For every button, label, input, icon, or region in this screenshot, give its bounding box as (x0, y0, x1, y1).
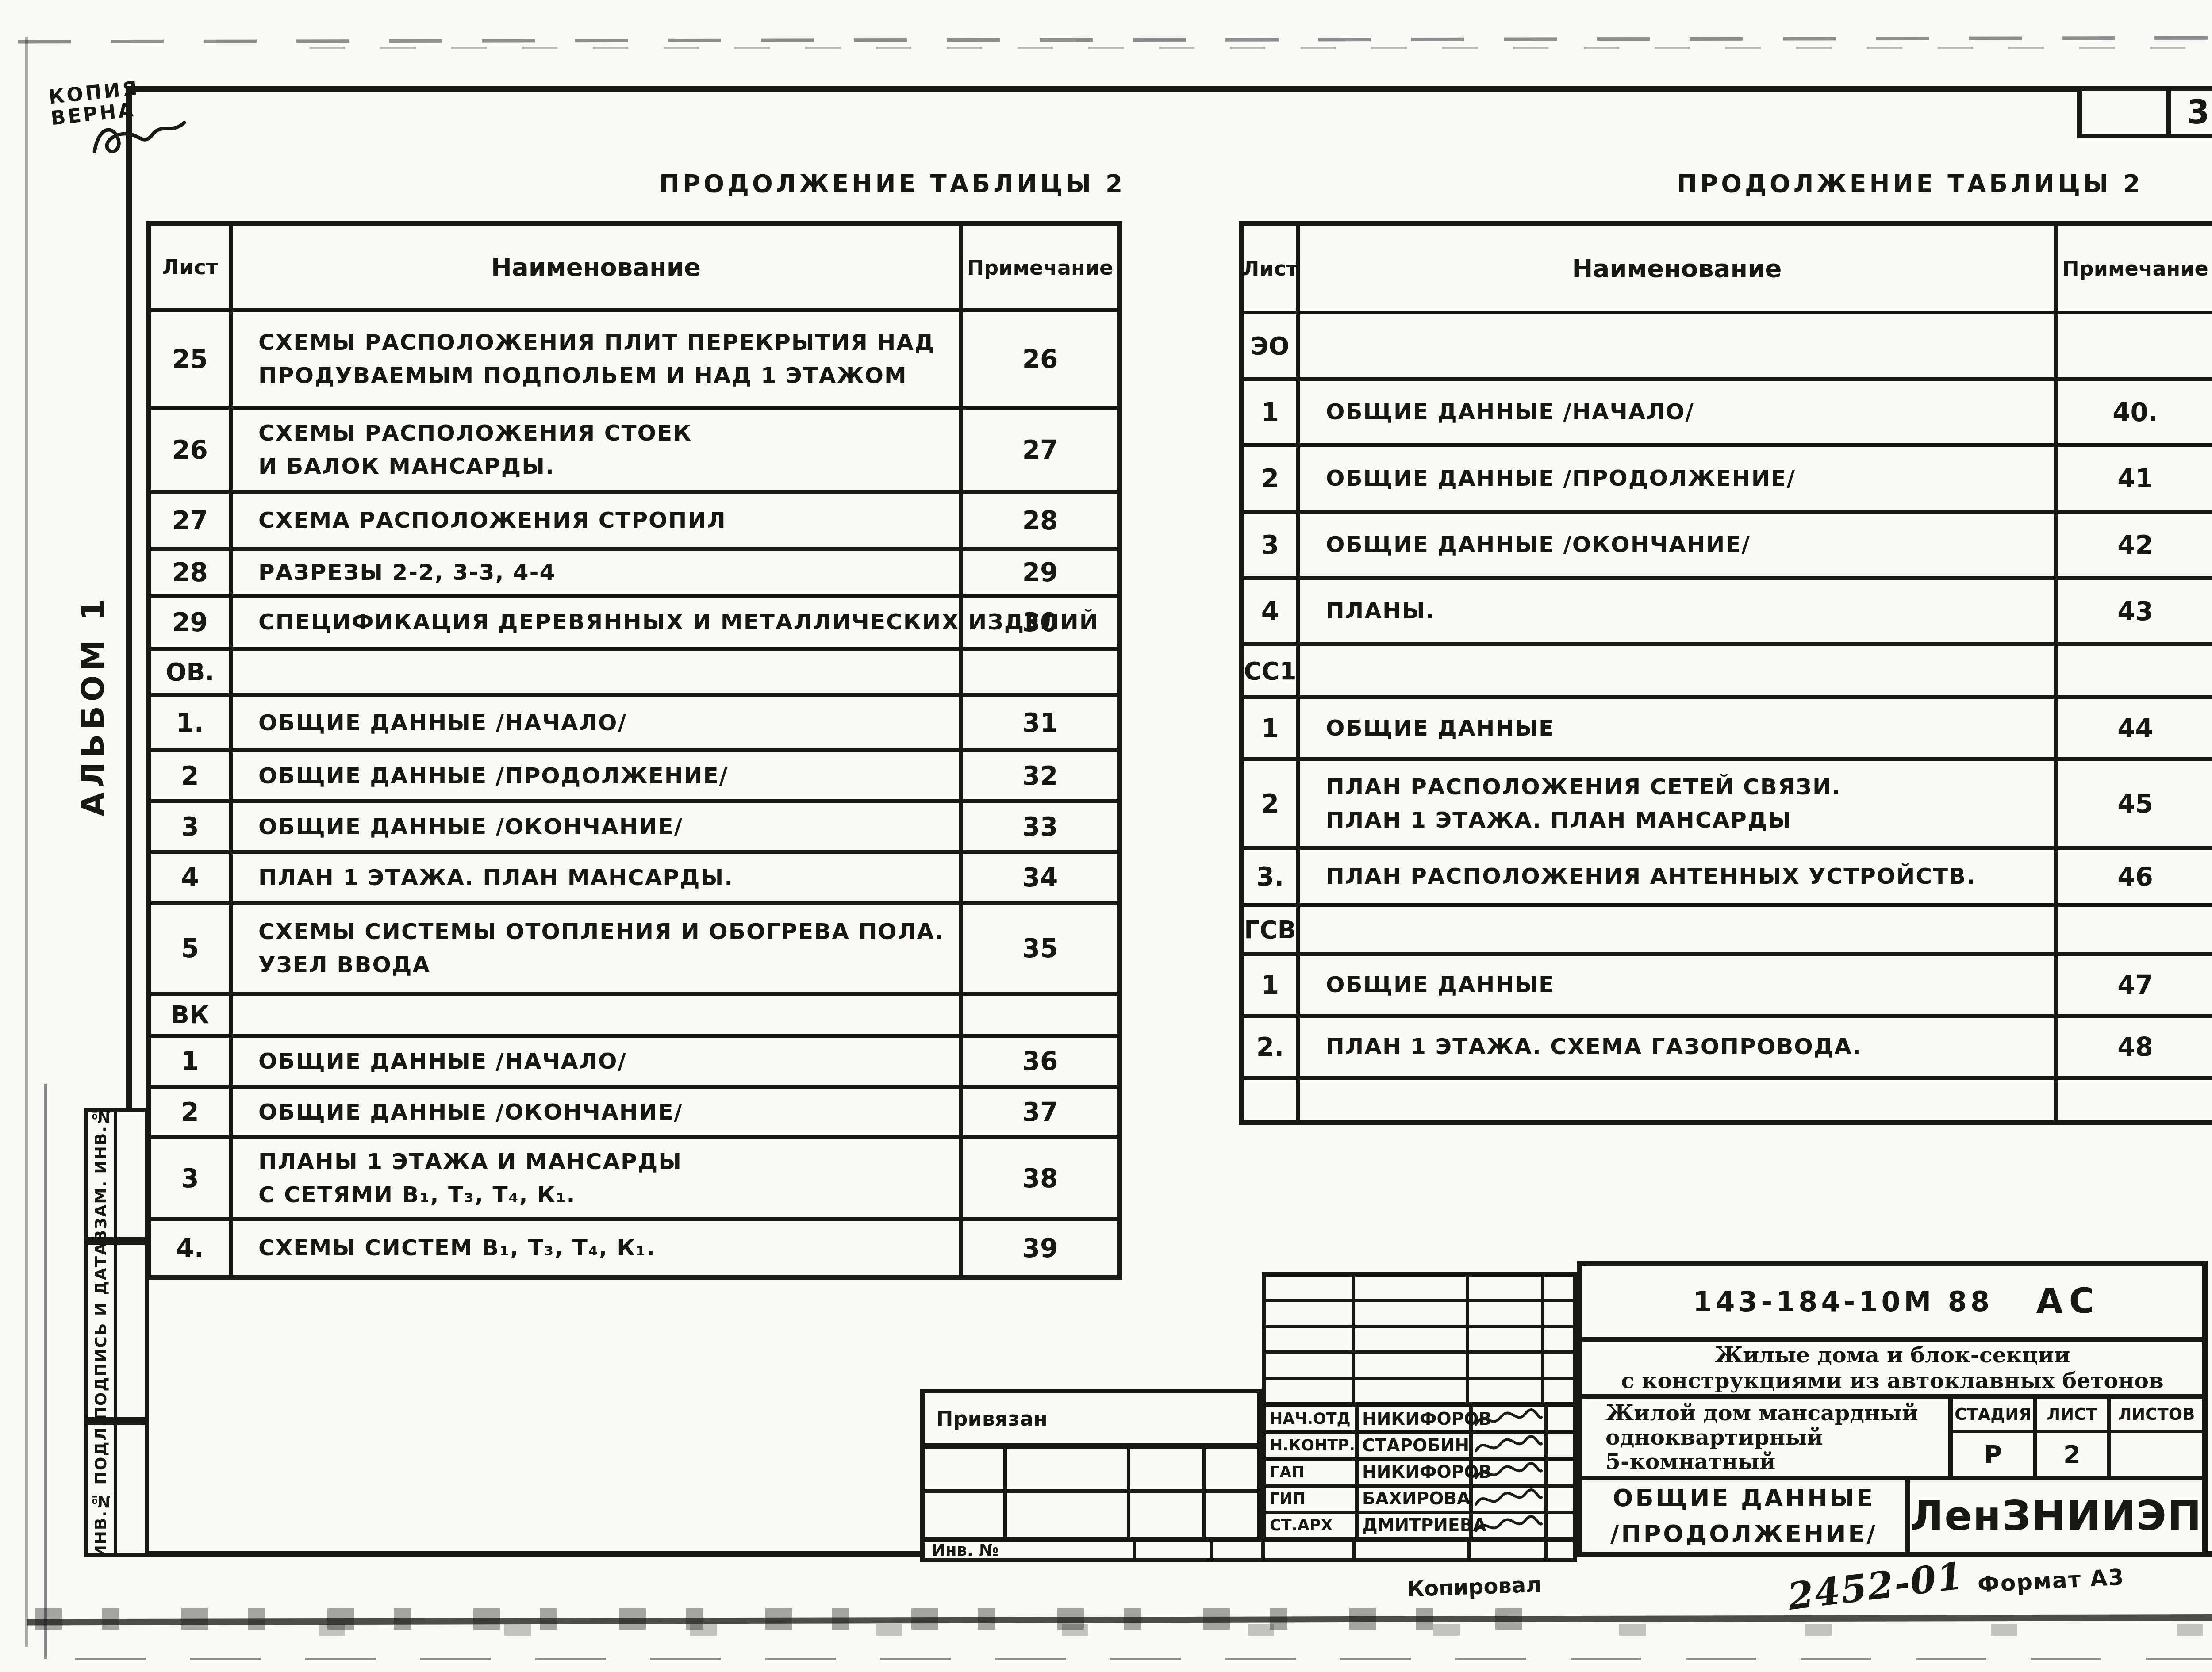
sheet-index-table-left: ЛистНаименованиеПримечание25СХЕМЫ РАСПОЛ… (146, 221, 1122, 1280)
table-row: 2ОБЩИЕ ДАННЫЕ /ОКОНЧАНИЕ/37 (151, 1085, 1117, 1135)
table-row: 29СПЕЦИФИКАЦИЯ ДЕРЕВЯННЫХ И МЕТАЛЛИЧЕСКИ… (151, 594, 1117, 647)
sheet-title-line2: /ПРОДОЛЖЕНИЕ/ (1610, 1516, 1878, 1552)
entry-name-line: ПРОДУВАЕМЫМ ПОДПОЛЬЕМ И НАД 1 ЭТАЖОМ (258, 359, 907, 392)
table-row: 3ПЛАНЫ 1 ЭТАЖА И МАНСАРДЫС СЕТЯМИ В₁, Т₃… (151, 1135, 1117, 1217)
titleblock-signature-rows: НАЧ.ОТДНИКИФОРОВН.КОНТР.СТАРОБИНГАПНИКИФ… (1262, 1403, 1577, 1542)
stage-values-row: Р 2 (1953, 1430, 2202, 1476)
cell-sheet-number: ЭО (1244, 314, 1296, 377)
entry-name-line: СХЕМА РАСПОЛОЖЕНИЯ СТРОПИЛ (258, 504, 726, 537)
table-header-row: ЛистНаименованиеПримечание (1244, 226, 2212, 311)
table-row: 2ПЛАН РАСПОЛОЖЕНИЯ СЕТЕЙ СВЯЗИ.ПЛАН 1 ЭТ… (1244, 757, 2212, 846)
table-row (1244, 1076, 2212, 1120)
entry-name-line: ОБЩИЕ ДАННЫЕ /НАЧАЛО/ (1326, 395, 1694, 429)
cell-sheet-number: 2 (1244, 447, 1296, 510)
signature-cell (1469, 1407, 1544, 1430)
column-header-sheet: Лист (151, 226, 229, 308)
cell-note-number (959, 996, 1117, 1034)
table-row: 1ОБЩИЕ ДАННЫЕ /НАЧАЛО/40. (1244, 377, 2212, 443)
column-header-name: Наименование (229, 226, 959, 308)
cell-note-number: 26 (959, 312, 1117, 406)
cell-note-number (2054, 1080, 2212, 1120)
column-header-note: Примечание (959, 226, 1117, 308)
entry-name-line: СХЕМЫ СИСТЕМЫ ОТОПЛЕНИЯ И ОБОГРЕВА ПОЛА. (258, 915, 944, 948)
cell-note-number: 46 (2054, 850, 2212, 903)
signature-row: СТ.АРХДМИТРИЕВА (1266, 1511, 1573, 1537)
grid-cell (1266, 1380, 1355, 1402)
cell-sheet-number: 27 (151, 494, 229, 547)
grid-cell (1355, 1380, 1469, 1402)
cell-entry-name (1296, 646, 2054, 695)
cell-note-number (2054, 646, 2212, 695)
object-title-line2: одноквартирный (1605, 1425, 1948, 1450)
signature-extra-cell (1544, 1514, 1573, 1537)
grid-cell (1469, 1380, 1544, 1402)
table-row: 25СХЕМЫ РАСПОЛОЖЕНИЯ ПЛИТ ПЕРЕКРЫТИЯ НАД… (151, 308, 1117, 406)
grid-cell (1469, 1354, 1544, 1380)
sidebar-box-empty-cell (117, 1425, 145, 1553)
sidebar-box-label: ИНВ.№ ПОДЛ. (92, 1420, 110, 1558)
signature-name: СТАРОБИН (1355, 1434, 1469, 1457)
signature-role: НАЧ.ОТД (1266, 1407, 1355, 1430)
entry-name-line: ОБЩИЕ ДАННЫЕ /НАЧАЛО/ (258, 1045, 627, 1078)
cell-sheet-number: 2 (151, 1089, 229, 1135)
table-row: 1ОБЩИЕ ДАННЫЕ47 (1244, 952, 2212, 1014)
sheet-title-cell: ОБЩИЕ ДАННЫЕ /ПРОДОЛЖЕНИЕ/ (1582, 1480, 1905, 1552)
cell-sheet-number: 1. (151, 697, 229, 748)
signature-scribble (1473, 1514, 1544, 1537)
page-number: 3 (2187, 93, 2210, 131)
entry-name-line: ПЛАН РАСПОЛОЖЕНИЯ АНТЕННЫХ УСТРОЙСТВ. (1326, 860, 1976, 893)
entry-name-line: ОБЩИЕ ДАННЫЕ (1326, 712, 1555, 745)
entry-name-line: ОБЩИЕ ДАННЫЕ /ОКОНЧАНИЕ/ (258, 1096, 683, 1129)
cell-note-number: 43 (2054, 580, 2212, 642)
entry-name-line: ОБЩИЕ ДАННЫЕ /НАЧАЛО/ (258, 706, 627, 740)
table-row: 1ОБЩИЕ ДАННЫЕ44 (1244, 695, 2212, 757)
signature-extra-cell (1544, 1407, 1573, 1430)
table-row: 3ОБЩИЕ ДАННЫЕ /ОКОНЧАНИЕ/42 (1244, 510, 2212, 576)
signature-name: НИКИФОРОВ (1355, 1461, 1469, 1484)
grid-cell (1355, 1302, 1469, 1328)
scan-artifact-fold-smudges (35, 1608, 1540, 1630)
cell-note-number: 42 (2054, 514, 2212, 576)
inventory-grid-cell (1467, 1542, 1544, 1558)
cell-note-number: 30 (959, 598, 1117, 647)
entry-name-line: ПЛАН 1 ЭТАЖА. ПЛАН МАНСАРДЫ. (258, 861, 733, 894)
cell-entry-name (1296, 1080, 2054, 1120)
signature-cell (1469, 1514, 1544, 1537)
table-row: 2.ПЛАН 1 ЭТАЖА. СХЕМА ГАЗОПРОВОДА.48 (1244, 1014, 2212, 1076)
object-title-line1: Жилой дом мансардный (1605, 1401, 1948, 1425)
titleblock-code-row: 143-184-10М 88 АС (1582, 1266, 2202, 1337)
stage-value: Р (1953, 1433, 2033, 1476)
signature-scribble (1473, 1434, 1544, 1457)
signature-role: ГАП (1266, 1461, 1355, 1484)
signature-name: БАХИРОВА (1355, 1488, 1469, 1511)
sheet-index-table-right: ЛистНаименованиеПримечаниеЭО1ОБЩИЕ ДАННЫ… (1239, 221, 2212, 1125)
cell-sheet-number: 1 (1244, 699, 1296, 757)
cell-entry-name: СХЕМА РАСПОЛОЖЕНИЯ СТРОПИЛ (229, 494, 959, 547)
scan-artifact-left-edge (25, 37, 28, 1647)
table-row: 5СХЕМЫ СИСТЕМЫ ОТОПЛЕНИЯ И ОБОГРЕВА ПОЛА… (151, 901, 1117, 992)
object-title-cell: Жилой дом мансардный одноквартирный 5-ко… (1582, 1399, 1948, 1476)
series-title-line2: с конструкциями из автоклавных бетонов (1621, 1368, 2164, 1394)
cell-entry-name (229, 996, 959, 1034)
cell-note-number: 38 (959, 1139, 1117, 1217)
document-number-handwritten: 2452-01 (1785, 1553, 1966, 1618)
entry-name-line: УЗЕЛ ВВОДА (258, 948, 430, 982)
signature-row: ГИПБАХИРОВА (1266, 1484, 1573, 1511)
grid-cell (1355, 1328, 1469, 1354)
signature-row: Н.КОНТР.СТАРОБИН (1266, 1430, 1573, 1457)
sidebar-box-label: ПОДПИСЬ И ДАТА (92, 1242, 110, 1420)
cell-note-number (2054, 907, 2212, 952)
cell-note-number: 33 (959, 803, 1117, 850)
table-row: 26СХЕМЫ РАСПОЛОЖЕНИЯ СТОЕКИ БАЛОК МАНСАР… (151, 406, 1117, 490)
series-title-cell: Жилые дома и блок-секции с конструкциями… (1582, 1337, 2202, 1395)
sidebar-box-empty-cell (117, 1245, 145, 1417)
signature-extra-cell (1544, 1461, 1573, 1484)
entry-name-line: ПЛАНЫ 1 ЭТАЖА И МАНСАРДЫ (258, 1145, 682, 1178)
cell-entry-name: СХЕМЫ РАСПОЛОЖЕНИЯ ПЛИТ ПЕРЕКРЫТИЯ НАДПР… (229, 312, 959, 406)
signature-role: СТ.АРХ (1266, 1514, 1355, 1537)
cell-sheet-number: 26 (151, 410, 229, 490)
cell-sheet-number: ОВ. (151, 651, 229, 693)
grid-cell (1355, 1354, 1469, 1380)
entry-name-line: ПЛАН 1 ЭТАЖА. СХЕМА ГАЗОПРОВОДА. (1326, 1030, 1862, 1063)
cell-entry-name: ОБЩИЕ ДАННЫЕ /ОКОНЧАНИЕ/ (1296, 514, 2054, 576)
object-and-stage-row: Жилой дом мансардный одноквартирный 5-ко… (1582, 1394, 2202, 1476)
grid-cell (1544, 1328, 1573, 1354)
scan-artifact-fold-band (27, 1614, 2212, 1626)
sheets-value (2107, 1433, 2202, 1476)
cell-note-number: 34 (959, 854, 1117, 901)
cell-sheet-number: 2 (151, 752, 229, 799)
signature-name: НИКИФОРОВ (1355, 1407, 1469, 1430)
cell-entry-name: ПЛАНЫ 1 ЭТАЖА И МАНСАРДЫС СЕТЯМИ В₁, Т₃,… (229, 1139, 959, 1217)
cell-sheet-number: 1 (1244, 956, 1296, 1014)
cell-entry-name: ОБЩИЕ ДАННЫЕ /ОКОНЧАНИЕ/ (229, 803, 959, 850)
table-row: 4.СХЕМЫ СИСТЕМ В₁, Т₃, Т₄, К₁.39 (151, 1217, 1117, 1275)
cell-sheet-number: 28 (151, 551, 229, 594)
album-label: АЛЬБОМ 1 (66, 602, 119, 809)
cell-sheet-number: 2 (1244, 761, 1296, 846)
grid-cell (1266, 1277, 1355, 1302)
entry-name-line: ОБЩИЕ ДАННЫЕ /ПРОДОЛЖЕНИЕ/ (258, 759, 728, 793)
grid-cell (925, 1449, 1007, 1493)
signature-scribble (1473, 1407, 1544, 1430)
cell-entry-name: ОБЩИЕ ДАННЫЕ /НАЧАЛО/ (229, 1038, 959, 1085)
format-label: Формат А3 (1977, 1564, 2125, 1597)
cell-entry-name: СХЕМЫ СИСТЕМЫ ОТОПЛЕНИЯ И ОБОГРЕВА ПОЛА.… (229, 905, 959, 992)
grid-cell (1469, 1277, 1544, 1302)
entry-name-line: ОБЩИЕ ДАННЫЕ (1326, 968, 1555, 1001)
scan-artifact-left-edge-2 (44, 1084, 47, 1659)
table-row: 4ПЛАН 1 ЭТАЖА. ПЛАН МАНСАРДЫ.34 (151, 850, 1117, 901)
scan-artifact-top-dashes (18, 36, 2212, 44)
cell-note-number: 47 (2054, 956, 2212, 1014)
titleblock-revision-grid (1262, 1272, 1577, 1407)
cell-sheet-number: 3 (151, 1139, 229, 1217)
cell-entry-name: СХЕМЫ РАСПОЛОЖЕНИЯ СТОЕКИ БАЛОК МАНСАРДЫ… (229, 410, 959, 490)
cell-entry-name (229, 651, 959, 693)
sidebar-box-label: ВЗАМ. ИНВ.№ (92, 1106, 110, 1242)
titleblock-inventory-row: Инв. № (920, 1538, 1577, 1562)
signature-row: ГАПНИКИФОРОВ (1266, 1457, 1573, 1484)
table-row: 27СХЕМА РАСПОЛОЖЕНИЯ СТРОПИЛ28 (151, 490, 1117, 547)
cell-sheet-number: ГСВ (1244, 907, 1296, 952)
signature-cell (1469, 1461, 1544, 1484)
cell-note-number: 27 (959, 410, 1117, 490)
entry-name-line: ПЛАНЫ. (1326, 594, 1435, 628)
cell-sheet-number: 25 (151, 312, 229, 406)
grid-cell (1266, 1302, 1355, 1328)
cell-note-number: 28 (959, 494, 1117, 547)
table-row: ГСВ (1244, 903, 2212, 952)
inventory-grid-cell (1352, 1542, 1467, 1558)
entry-name-line: ОБЩИЕ ДАННЫЕ /ОКОНЧАНИЕ/ (1326, 528, 1751, 561)
titleblock-main: 143-184-10М 88 АС Жилые дома и блок-секц… (1577, 1261, 2208, 1557)
cell-sheet-number: 1 (1244, 381, 1296, 443)
cell-note-number: 37 (959, 1089, 1117, 1135)
sidebar-box-label-cell: ПОДПИСЬ И ДАТА (88, 1245, 117, 1417)
column-header-sheet: Лист (1244, 226, 1296, 311)
grid-cell (925, 1493, 1007, 1537)
inventory-grid-cell (1210, 1542, 1262, 1558)
entry-name-line: СХЕМЫ РАСПОЛОЖЕНИЯ ПЛИТ ПЕРЕКРЫТИЯ НАД (258, 326, 935, 359)
table-row: 3ОБЩИЕ ДАННЫЕ /ОКОНЧАНИЕ/33 (151, 799, 1117, 850)
cell-sheet-number: ВК (151, 996, 229, 1034)
attached-label: Привязан (936, 1407, 1048, 1430)
cell-entry-name: ОБЩИЕ ДАННЫЕ /НАЧАЛО/ (229, 697, 959, 748)
cell-note-number: 35 (959, 905, 1117, 992)
cell-note-number (959, 651, 1117, 693)
table-row: 3.ПЛАН РАСПОЛОЖЕНИЯ АНТЕННЫХ УСТРОЙСТВ.4… (1244, 846, 2212, 903)
grid-cell (1206, 1493, 1257, 1537)
cell-entry-name: ПЛАН РАСПОЛОЖЕНИЯ АНТЕННЫХ УСТРОЙСТВ. (1296, 850, 2054, 903)
entry-name-line: СХЕМЫ СИСТЕМ В₁, Т₃, Т₄, К₁. (258, 1231, 656, 1265)
table-row: 2ОБЩИЕ ДАННЫЕ /ПРОДОЛЖЕНИЕ/41 (1244, 443, 2212, 510)
stage-sheet-block: СТАДИЯ ЛИСТ ЛИСТОВ Р 2 (1948, 1399, 2202, 1476)
stage-label: СТАДИЯ (1953, 1399, 2033, 1430)
table-row: 4ПЛАНЫ.43 (1244, 576, 2212, 642)
entry-name-line: ПЛАН РАСПОЛОЖЕНИЯ СЕТЕЙ СВЯЗИ. (1326, 771, 1841, 804)
cell-sheet-number: 2. (1244, 1018, 1296, 1076)
sheets-label: ЛИСТОВ (2107, 1399, 2202, 1430)
cell-entry-name: ОБЩИЕ ДАННЫЕ /ПРОДОЛЖЕНИЕ/ (1296, 447, 2054, 510)
cell-note-number: 31 (959, 697, 1117, 748)
cell-entry-name: ОБЩИЕ ДАННЫЕ /ОКОНЧАНИЕ/ (229, 1089, 959, 1135)
cell-note-number: 39 (959, 1221, 1117, 1275)
grid-cell (1007, 1449, 1130, 1493)
signature-cell (1469, 1488, 1544, 1511)
cell-entry-name (1296, 314, 2054, 377)
column-header-name: Наименование (1296, 226, 2054, 311)
sheet-title-line1: ОБЩИЕ ДАННЫЕ (1613, 1480, 1875, 1516)
cell-entry-name: ОБЩИЕ ДАННЫЕ (1296, 699, 2054, 757)
grid-cell (1469, 1302, 1544, 1328)
cell-sheet-number: 3. (1244, 850, 1296, 903)
sidebar-box-inv-podl: ИНВ.№ ПОДЛ. (84, 1421, 149, 1557)
page-number-box: 3 (2166, 86, 2212, 138)
table-row: 1ОБЩИЕ ДАННЫЕ /НАЧАЛО/36 (151, 1034, 1117, 1085)
signature-extra-cell (1544, 1434, 1573, 1457)
cell-entry-name: ПЛАН 1 ЭТАЖА. СХЕМА ГАЗОПРОВОДА. (1296, 1018, 2054, 1076)
titleblock-left-grid (920, 1444, 1262, 1542)
table-row: ЭО (1244, 311, 2212, 377)
cell-entry-name (1296, 907, 2054, 952)
cell-entry-name: ОБЩИЕ ДАННЫЕ /ПРОДОЛЖЕНИЕ/ (229, 752, 959, 799)
sidebar-box-vzam-inv: ВЗАМ. ИНВ.№ (84, 1108, 149, 1241)
signature-cell (1469, 1434, 1544, 1457)
cell-note-number (2054, 314, 2212, 377)
cell-sheet-number (1244, 1080, 1296, 1120)
signature-role: Н.КОНТР. (1266, 1434, 1355, 1457)
album-label-text: АЛЬБОМ 1 (75, 594, 111, 816)
sheet-value: 2 (2033, 1433, 2107, 1476)
copied-by-label: Копировал (1406, 1572, 1542, 1602)
column-header-note: Примечание (2054, 226, 2212, 311)
grid-cell (1007, 1493, 1130, 1537)
signature-extra-cell (1544, 1488, 1573, 1511)
entry-name-line: С СЕТЯМИ В₁, Т₃, Т₄, К₁. (258, 1178, 576, 1212)
cell-sheet-number: 3 (151, 803, 229, 850)
table-row: ВК (151, 992, 1117, 1034)
brand-code: АС (2036, 1281, 2101, 1321)
grid-cell (1355, 1277, 1469, 1302)
document-code: 143-184-10М 88 (1693, 1285, 1993, 1318)
series-title-line1: Жилые дома и блок-секции (1715, 1342, 2070, 1368)
scan-artifact-bottom-dashes (75, 1658, 2212, 1660)
cell-entry-name: СПЕЦИФИКАЦИЯ ДЕРЕВЯННЫХ И МЕТАЛЛИЧЕСКИХ … (229, 598, 959, 647)
cell-note-number: 45 (2054, 761, 2212, 846)
inventory-grid-cell (1261, 1542, 1352, 1558)
grid-cell (1130, 1449, 1206, 1493)
table-row: 1.ОБЩИЕ ДАННЫЕ /НАЧАЛО/31 (151, 693, 1117, 748)
organization-name: ЛенЗНИИЭП (1905, 1480, 2202, 1552)
table-row: СС1 (1244, 642, 2212, 695)
grid-cell (1206, 1449, 1257, 1493)
sidebar-box-label-cell: ВЗАМ. ИНВ.№ (88, 1112, 117, 1237)
cell-note-number: 48 (2054, 1018, 2212, 1076)
cell-note-number: 29 (959, 551, 1117, 594)
cell-sheet-number: 3 (1244, 514, 1296, 576)
signature-role: ГИП (1266, 1488, 1355, 1511)
grid-cell (1266, 1354, 1355, 1380)
cell-sheet-number: 29 (151, 598, 229, 647)
left-table-title: ПРОДОЛЖЕНИЕ ТАБЛИЦЫ 2 (659, 169, 1031, 198)
cell-sheet-number: СС1 (1244, 646, 1296, 695)
cell-entry-name: ПЛАН 1 ЭТАЖА. ПЛАН МАНСАРДЫ. (229, 854, 959, 901)
table-row: ОВ. (151, 647, 1117, 693)
cell-entry-name: ПЛАН РАСПОЛОЖЕНИЯ СЕТЕЙ СВЯЗИ.ПЛАН 1 ЭТА… (1296, 761, 2054, 846)
entry-name-line: ОБЩИЕ ДАННЫЕ /ПРОДОЛЖЕНИЕ/ (1326, 462, 1796, 495)
cell-note-number: 36 (959, 1038, 1117, 1085)
grid-cell (1130, 1493, 1206, 1537)
cell-sheet-number: 5 (151, 905, 229, 992)
titleblock-attached-cell: Привязан (920, 1389, 1262, 1448)
cell-sheet-number: 4 (1244, 580, 1296, 642)
grid-cell (1544, 1354, 1573, 1380)
grid-cell (1469, 1328, 1544, 1354)
grid-cell (1266, 1328, 1355, 1354)
cell-note-number: 44 (2054, 699, 2212, 757)
cell-entry-name: РАЗРЕЗЫ 2-2, 3-3, 4-4 (229, 551, 959, 594)
inventory-number-cell: Инв. № (925, 1542, 1133, 1558)
sidebar-box-empty-cell (117, 1112, 145, 1237)
cell-sheet-number: 4 (151, 854, 229, 901)
scan-artifact-top-dashes-2 (310, 47, 2212, 49)
entry-name-line: ОБЩИЕ ДАННЫЕ /ОКОНЧАНИЕ/ (258, 810, 683, 844)
signature-name: ДМИТРИЕВА (1355, 1514, 1469, 1537)
table-header-row: ЛистНаименованиеПримечание (151, 226, 1117, 308)
cell-note-number: 41 (2054, 447, 2212, 510)
grid-cell (1544, 1302, 1573, 1328)
signature-scribble (1473, 1461, 1544, 1484)
entry-name-line: ПЛАН 1 ЭТАЖА. ПЛАН МАНСАРДЫ (1326, 804, 1792, 837)
cell-note-number: 40. (2054, 381, 2212, 443)
object-title-line3: 5-комнатный (1605, 1450, 1948, 1474)
stage-header-row: СТАДИЯ ЛИСТ ЛИСТОВ (1953, 1399, 2202, 1430)
inventory-grid-cell (1133, 1542, 1210, 1558)
table-row: 2ОБЩИЕ ДАННЫЕ /ПРОДОЛЖЕНИЕ/32 (151, 748, 1117, 799)
cell-entry-name: ПЛАНЫ. (1296, 580, 2054, 642)
cell-entry-name: ОБЩИЕ ДАННЫЕ (1296, 956, 2054, 1014)
grid-cell (1544, 1380, 1573, 1402)
cell-sheet-number: 1 (151, 1038, 229, 1085)
cell-entry-name: СХЕМЫ СИСТЕМ В₁, Т₃, Т₄, К₁. (229, 1221, 959, 1275)
sidebar-box-label-cell: ИНВ.№ ПОДЛ. (88, 1425, 117, 1553)
entry-name-line: И БАЛОК МАНСАРДЫ. (258, 450, 555, 483)
grid-cell (1544, 1277, 1573, 1302)
entry-name-line: СХЕМЫ РАСПОЛОЖЕНИЯ СТОЕК (258, 417, 692, 450)
sheet-title-and-org-row: ОБЩИЕ ДАННЫЕ /ПРОДОЛЖЕНИЕ/ ЛенЗНИИЭП (1582, 1476, 2202, 1552)
corner-empty-box (2077, 86, 2171, 138)
cell-sheet-number: 4. (151, 1221, 229, 1275)
cell-entry-name: ОБЩИЕ ДАННЫЕ /НАЧАЛО/ (1296, 381, 2054, 443)
sheet-label: ЛИСТ (2033, 1399, 2107, 1430)
scan-artifact-fold-smudges-2 (265, 1624, 2212, 1636)
table-row: 28РАЗРЕЗЫ 2-2, 3-3, 4-429 (151, 547, 1117, 594)
inventory-grid-cell (1544, 1542, 1573, 1558)
cell-note-number: 32 (959, 752, 1117, 799)
right-table-title: ПРОДОЛЖЕНИЕ ТАБЛИЦЫ 2 (1677, 169, 2048, 198)
signature-scribble (1473, 1488, 1544, 1511)
sidebar-box-podpis-data: ПОДПИСЬ И ДАТА (84, 1241, 149, 1421)
signature-row: НАЧ.ОТДНИКИФОРОВ (1266, 1407, 1573, 1430)
entry-name-line: РАЗРЕЗЫ 2-2, 3-3, 4-4 (258, 556, 556, 589)
